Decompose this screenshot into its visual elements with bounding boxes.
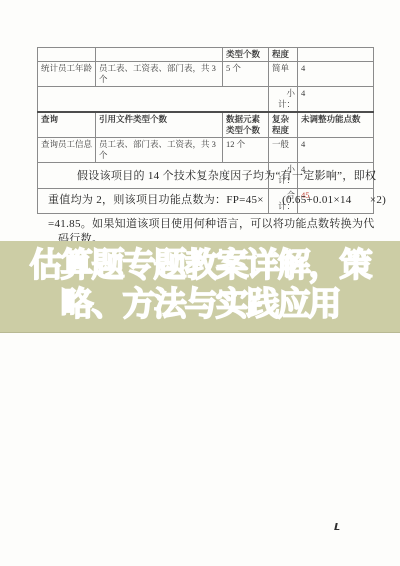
cell-header-data-elements: 数据元素类型个数	[223, 112, 269, 138]
cell-header-ref-files: 引用文件类型个数	[96, 112, 223, 138]
table-row-header: 查询 引用文件类型个数 数据元素类型个数 复杂程度 未调整功能点数	[38, 112, 374, 138]
paragraph-line-1: 假设该项目的 14 个技术复杂度因子均为“有一定影响”，即权	[48, 167, 400, 183]
cell-item-complexity: 简单	[269, 62, 298, 87]
table-row-query: 查询员工信息 员工表、部门表、工资表，共 3 个 12 个 一般 4	[38, 138, 374, 163]
cell-empty	[96, 48, 223, 62]
cell-subtotal-label: 小计：	[269, 87, 298, 113]
overlay-title-line-1: 估算题专题教案详解，策	[0, 245, 400, 284]
cell-item-name: 统计员工年龄	[38, 62, 96, 87]
cell-item-points: 4	[298, 62, 374, 87]
cell-empty	[298, 48, 374, 62]
cell-item-count: 12 个	[223, 138, 269, 163]
cell-subtotal-value: 4	[298, 87, 374, 113]
paragraph-line-3: =41.85。如果知道该项目使用何种语言，可以将功能点数转换为代	[48, 215, 396, 231]
cell-item-complexity: 一般	[269, 138, 298, 163]
cell-empty	[38, 48, 96, 62]
paragraph-line-2: 重值均为 2，则该项目功能点数为：FP=45× (0.65+0.01×14 ×2…	[48, 191, 396, 207]
table-row-simple: 统计员工年龄 员工表、工资表、部门表，共 3 个 5 个 简单 4	[38, 62, 374, 87]
overlay-banner: 估算题专题教案详解，策 略、方法与实践应用	[0, 241, 400, 333]
overlay-title-line-2: 略、方法与实践应用	[0, 284, 400, 323]
cell-empty	[38, 87, 269, 113]
cell-item-points: 4	[298, 138, 374, 163]
cell-type-count-header: 类型个数	[223, 48, 269, 62]
cell-item-files: 员工表、部门表、工资表，共 3 个	[96, 138, 223, 163]
cell-header-complexity: 复杂程度	[269, 112, 298, 138]
cell-item-files: 员工表、工资表、部门表，共 3 个	[96, 62, 223, 87]
cell-header-unadjusted-points: 未调整功能点数	[298, 112, 374, 138]
cell-header-query: 查询	[38, 112, 96, 138]
page-artifact-mark	[334, 523, 340, 530]
cell-item-count: 5 个	[223, 62, 269, 87]
table-row-subtotal-1: 小计： 4	[38, 87, 374, 113]
cell-item-name: 查询员工信息	[38, 138, 96, 163]
cell-degree-header: 程度	[269, 48, 298, 62]
table-row-partial-header: 类型个数 程度	[38, 48, 374, 62]
function-point-table: 类型个数 程度 统计员工年龄 员工表、工资表、部门表，共 3 个 5 个 简单 …	[37, 47, 374, 214]
